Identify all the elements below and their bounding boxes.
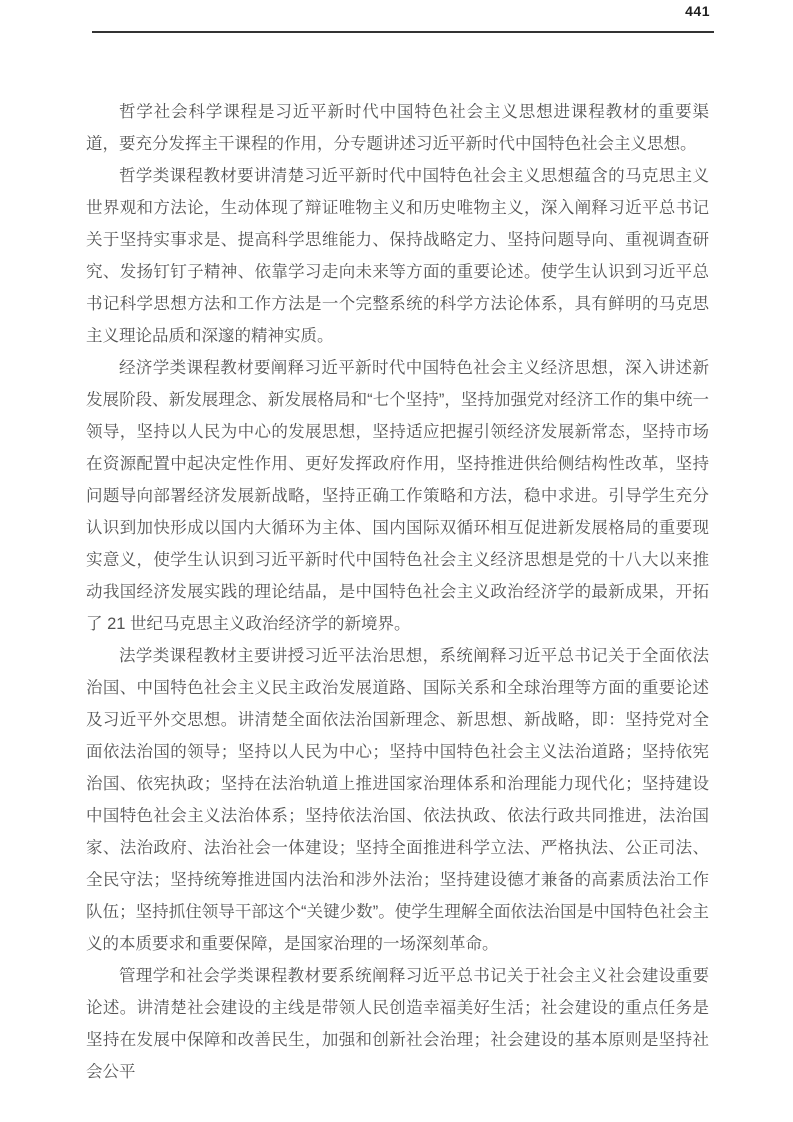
- header-rule: [92, 31, 714, 33]
- page-header: 441: [0, 0, 793, 33]
- page-body: 哲学社会科学课程是习近平新时代中国特色社会主义思想进课程教材的重要渠道，要充分发…: [86, 96, 709, 1088]
- paragraph-philosophy-social-science: 哲学社会科学课程是习近平新时代中国特色社会主义思想进课程教材的重要渠道，要充分发…: [86, 96, 709, 160]
- page-number: 441: [0, 4, 793, 19]
- paragraph-management-sociology-courses: 管理学和社会学类课程教材要系统阐释习近平总书记关于社会主义社会建设重要论述。讲清…: [86, 960, 709, 1088]
- paragraph-law-courses: 法学类课程教材主要讲授习近平法治思想，系统阐释习近平总书记关于全面依法治国、中国…: [86, 640, 709, 960]
- document-page: 441 哲学社会科学课程是习近平新时代中国特色社会主义思想进课程教材的重要渠道，…: [0, 0, 793, 1122]
- paragraph-philosophy-courses: 哲学类课程教材要讲清楚习近平新时代中国特色社会主义思想蕴含的马克思主义世界观和方…: [86, 160, 709, 352]
- paragraph-economics-courses: 经济学类课程教材要阐释习近平新时代中国特色社会主义经济思想，深入讲述新发展阶段、…: [86, 352, 709, 640]
